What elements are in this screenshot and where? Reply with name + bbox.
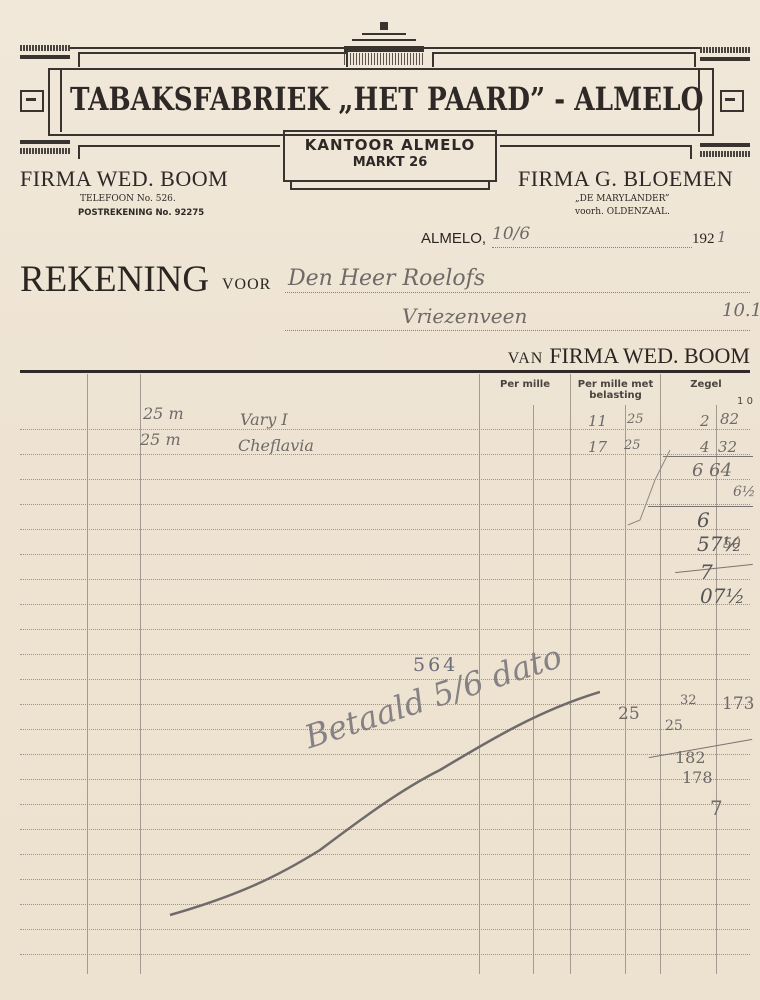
- voor-label: VOOR: [222, 276, 271, 294]
- row-quantity: 25 m: [140, 430, 181, 449]
- calc-value: 7: [710, 796, 723, 820]
- office-name: KANTOOR ALMELO: [285, 136, 495, 154]
- left-firm-postal-account: POSTREKENING No. 92275: [78, 208, 204, 218]
- calc-value: 32: [680, 693, 697, 708]
- row-zegel: 4: [700, 438, 710, 456]
- year-handwritten: 1: [717, 228, 727, 246]
- from-firm-name: FIRMA WED. BOOM: [549, 343, 750, 368]
- pencil-stroke-icon: [600, 440, 690, 620]
- paid-underline-squiggle-icon: [160, 690, 600, 920]
- table-top-rule: [20, 370, 750, 373]
- year-printed: 192: [692, 231, 715, 248]
- row-price-cents: 25: [627, 412, 644, 427]
- calc-value: 25: [618, 704, 640, 724]
- right-firm-brand: „DE MARYLANDER”: [575, 194, 670, 204]
- row-item: Vary I: [240, 410, 288, 429]
- row-price: 11: [588, 412, 607, 430]
- office-address: MARKT 26: [285, 155, 495, 170]
- row-zegel-cents: 32: [718, 438, 737, 456]
- extra-amount: 50: [723, 536, 741, 552]
- place-label: ALMELO,: [421, 230, 486, 247]
- column-header-zegel: Zegel: [661, 379, 751, 390]
- invoice-heading: REKENING: [20, 258, 209, 301]
- row-quantity: 25 m: [143, 404, 184, 423]
- office-box: KANTOOR ALMELO MARKT 26: [283, 130, 497, 182]
- from-firm: VANFIRMA WED. BOOM: [508, 343, 750, 369]
- right-firm-origin: voorh. OLDENZAAL.: [575, 207, 670, 217]
- column-header-per-mille: Per mille: [480, 379, 570, 390]
- calc-value: 178: [682, 768, 713, 787]
- zegel-subheader: 1 0: [730, 396, 760, 407]
- calc-value: 182: [675, 748, 706, 767]
- total-amount: 7 07½: [700, 560, 760, 608]
- right-firm-name: FIRMA G. BLOEMEN: [518, 166, 733, 192]
- row-zegel: 2: [700, 412, 710, 430]
- date-handwritten: 10/6: [492, 224, 530, 244]
- margin-note: 10.1: [722, 300, 760, 321]
- van-label: VAN: [508, 350, 544, 367]
- company-title: TABAKSFABRIEK „HET PAARD” - ALMELO: [70, 80, 595, 118]
- calc-value: 173: [722, 694, 754, 714]
- subtotal: 6 64: [692, 460, 732, 481]
- calc-value: 25: [665, 718, 683, 734]
- row-zegel-cents: 82: [720, 410, 739, 428]
- recipient-name: Den Heer Roelofs: [288, 266, 485, 291]
- deduction: 6½: [733, 484, 755, 500]
- row-item: Cheflavia: [238, 436, 314, 455]
- left-firm-phone: TELEFOON No. 526.: [80, 194, 176, 204]
- left-firm-name: FIRMA WED. BOOM: [20, 166, 228, 192]
- recipient-town: Vriezenveen: [402, 304, 527, 328]
- column-header-per-mille-met-belasting: Per mille met belasting: [571, 379, 660, 401]
